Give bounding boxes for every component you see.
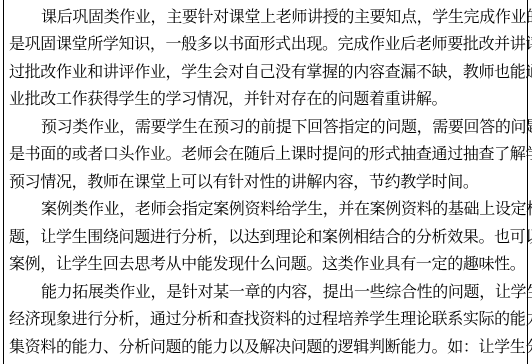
paragraph-3-line-2: 题，让学生围绕问题进行分析，以达到理论和案例相结合的分析效果。也可以只给 xyxy=(9,223,532,250)
paragraph-3-line-3: 案例，让学生回去思考从中能发现什么问题。这类作业具有一定的趣味性。 xyxy=(9,250,532,277)
paragraph-1-line-3: 过批改作业和讲评作业，学生会对自己没有掌握的内容查漏不缺，教师也能通过作 xyxy=(9,58,532,85)
paragraph-1-line-2: 是巩固课堂所学知识，一般多以书面形式出现。完成作业后老师要批改并讲评，通 xyxy=(9,30,532,57)
document-page: 课后巩固类作业，主要针对课堂上老师讲授的主要知点，学生完成作业的目的 是巩固课堂… xyxy=(0,0,532,364)
paragraph-2-line-3: 预习情况，教师在课堂上可以有针对性的讲解内容，节约教学时间。 xyxy=(9,168,532,195)
paragraph-4-line-1: 能力拓展类作业，是针对某一章的内容，提出一些综合性的问题，让学生对一些 xyxy=(41,278,532,305)
left-border-line xyxy=(3,0,4,364)
paragraph-4-line-2: 经济现象进行分析，通过分析和查找资料的过程培养学生理论联系实际的能力、搜 xyxy=(9,305,532,332)
paragraph-2-line-2: 是书面的或者口头作业。老师会在随后上课时提问的形式抽查通过抽查了解学生的 xyxy=(9,140,532,167)
paragraph-1-line-4: 业批改工作获得学生的学习情况，并针对存在的问题着重讲解。 xyxy=(9,85,532,112)
paragraph-1-line-1: 课后巩固类作业，主要针对课堂上老师讲授的主要知点，学生完成作业的目的 xyxy=(41,3,532,30)
paragraph-4-line-3: 集资料的能力、分析问题的能力以及解决问题的逻辑判断能力。如：让学生分组完 xyxy=(9,333,532,360)
paragraph-2-line-1: 预习类作业，需要学生在预习的前提下回答指定的问题，需要回答的问题可以 xyxy=(41,113,532,140)
paragraph-3-line-1: 案例类作业，老师会指定案例资料给学生，并在案例资料的基础上设定相关问 xyxy=(41,195,532,222)
